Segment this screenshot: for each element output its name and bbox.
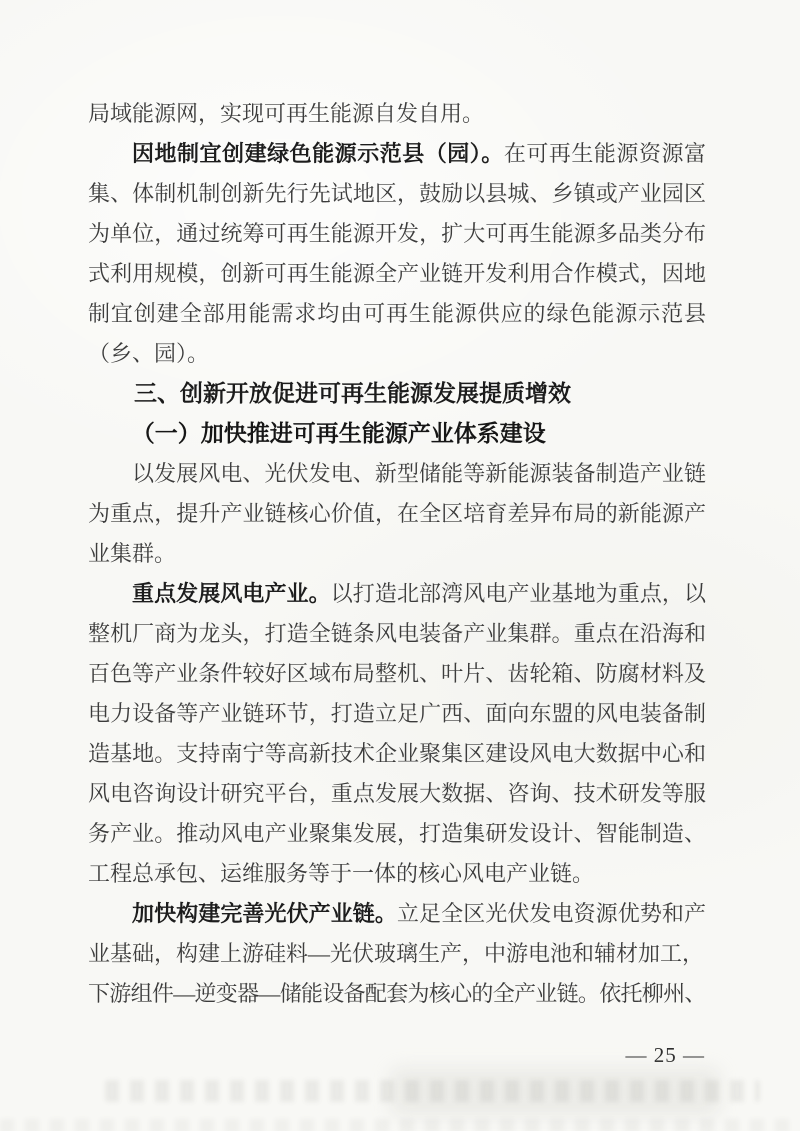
bold-run-in-heading: 重点发展风电产业。: [132, 581, 331, 606]
paragraph-pv-industry-chain: 加快构建完善光伏产业链。立足全区光伏发电资源优势和产业基础，构建上游硅料—光伏玻…: [88, 894, 706, 1014]
document-page: 局域能源网，实现可再生能源自发自用。 因地制宜创建绿色能源示范县（园）。在可再生…: [0, 0, 800, 1131]
document-body-text: 局域能源网，实现可再生能源自发自用。 因地制宜创建绿色能源示范县（园）。在可再生…: [88, 94, 706, 1014]
paragraph-text: 下游组件—逆变器—储能设备配套为核心的全产业链。依托柳州、: [88, 974, 706, 1014]
paragraph-green-energy-demo-county: 因地制宜创建绿色能源示范县（园）。在可再生能源资源富集、体制机制创新先行先试地区…: [88, 134, 706, 374]
paragraph-continuation: 局域能源网，实现可再生能源自发自用。: [88, 94, 706, 134]
paragraph-industry-cluster-intro: 以发展风电、光伏发电、新型储能等新能源装备制造产业链为重点，提升产业链核心价值，…: [88, 454, 706, 574]
paragraph-text: 在可再生能源资源富集、体制机制创新先行先试地区，鼓励以县城、乡镇或产业园区为单位…: [88, 141, 706, 366]
scan-artifact-blotch: [390, 1068, 720, 1116]
page-number: — 25 —: [626, 1042, 706, 1068]
paragraph-text: 以发展风电、光伏发电、新型储能等新能源装备制造产业链为重点，提升产业链核心价值，…: [88, 461, 706, 566]
paragraph-text: 以打造北部湾风电产业基地为重点，以整机厂商为龙头，打造全链条风电装备产业集群。重…: [88, 581, 706, 886]
paragraph-wind-power-industry: 重点发展风电产业。以打造北部湾风电产业基地为重点，以整机厂商为龙头，打造全链条风…: [88, 574, 706, 894]
bold-run-in-heading: 因地制宜创建绿色能源示范县（园）。: [132, 141, 504, 166]
scan-artifact-bleedthrough-edge: [0, 1119, 800, 1131]
paragraph-text: 局域能源网，实现可再生能源自发自用。: [88, 101, 484, 126]
scan-artifact-bleedthrough: [105, 1080, 760, 1102]
subsection-heading-three-one: （一）加快推进可再生能源产业体系建设: [88, 414, 706, 454]
bold-run-in-heading: 加快构建完善光伏产业链。: [132, 901, 397, 926]
section-heading-three: 三、创新开放促进可再生能源发展提质增效: [88, 374, 706, 414]
